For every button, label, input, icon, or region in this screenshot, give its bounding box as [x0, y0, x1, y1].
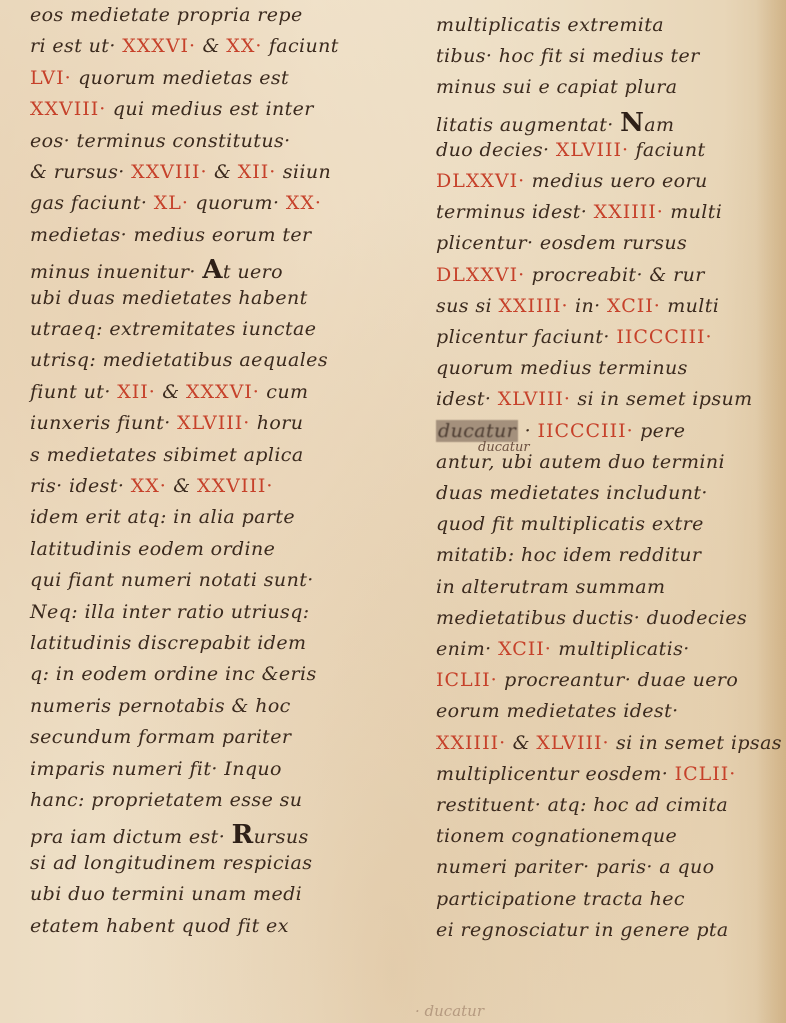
rubricated-numeral: XXVIII·: [131, 161, 207, 183]
rubricated-numeral: XX·: [131, 475, 167, 497]
rubricated-numeral: XLVIII·: [556, 139, 629, 161]
text-line: restituent· atq: hoc ad cimita: [436, 794, 728, 816]
text-line: XXVIII· qui medius est inter: [30, 98, 314, 120]
text-segment: minus sui e capiat plura: [436, 76, 677, 98]
text-segment: secundum formam pariter: [30, 726, 291, 748]
text-segment: latitudinis eodem ordine: [30, 538, 275, 560]
text-line: fiunt ut· XII· & XXXVI· cum: [30, 381, 308, 403]
rubricated-numeral: XCII·: [607, 295, 661, 317]
text-line: hanc: proprietatem esse su: [30, 789, 302, 811]
text-segment: si in semet ipsas: [610, 732, 782, 754]
text-segment: t uero: [223, 261, 283, 283]
text-line: tionem cognationemque: [436, 825, 677, 847]
text-line: sus si XXIIII· in· XCII· multi: [436, 295, 719, 317]
text-line: DLXXVI· procreabit· & rur: [436, 264, 705, 286]
text-line: enim· XCII· multiplicatis·: [436, 638, 690, 660]
rubricated-numeral: XX·: [226, 35, 262, 57]
text-segment: & rursus·: [30, 161, 131, 183]
text-segment: &: [196, 35, 226, 57]
text-line: numeri pariter· paris· a quo: [436, 856, 715, 878]
text-line: secundum formam pariter: [30, 726, 291, 748]
text-line: minus sui e capiat plura: [436, 76, 677, 98]
text-segment: procreabit· & rur: [525, 264, 705, 286]
text-segment: &: [156, 381, 186, 403]
rubricated-numeral: XLVIII·: [177, 412, 250, 434]
text-line: etatem habent quod fit ex: [30, 915, 289, 937]
text-segment: duas medietates includunt·: [436, 482, 708, 504]
text-segment: Neq: illa inter ratio utriusq:: [30, 601, 310, 623]
text-segment: gas faciunt·: [30, 192, 154, 214]
text-line: & rursus· XXVIII· & XII· siiun: [30, 161, 331, 183]
text-segment: ris· idest·: [30, 475, 131, 497]
text-line: plicentur faciunt· IICCCIII·: [436, 326, 713, 348]
text-segment: latitudinis discrepabit idem: [30, 632, 306, 654]
text-segment: ri est ut·: [30, 35, 122, 57]
initial-capital: N: [620, 108, 644, 138]
text-line: eos medietate propria repe: [30, 4, 303, 26]
text-line: tibus· hoc fit si medius ter: [436, 45, 700, 67]
text-line: quorum medius terminus: [436, 357, 688, 379]
text-line: qui fiant numeri notati sunt·: [30, 569, 314, 591]
text-segment: quorum medius terminus: [436, 357, 688, 379]
rubricated-numeral: XII·: [117, 381, 156, 403]
text-segment: etatem habent quod fit ex: [30, 915, 289, 937]
text-line: q: in eodem ordine inc &eris: [30, 663, 317, 685]
text-line: terminus idest· XXIIII· multi: [436, 201, 722, 223]
text-line: utrisq: medietatibus aequales: [30, 349, 328, 371]
text-segment: medius uero eoru: [525, 170, 707, 192]
text-segment: multiplicatis extremita: [436, 14, 664, 36]
text-line: iunxeris fiunt· XLVIII· horu: [30, 412, 303, 434]
rubricated-numeral: IICCCIII·: [537, 420, 633, 442]
text-line: idem erit atq: in alia parte: [30, 506, 295, 528]
text-line: medietas· medius eorum ter: [30, 224, 311, 246]
text-line: s medietates sibimet aplica: [30, 444, 304, 466]
text-segment: plicentur· eosdem rursus: [436, 232, 687, 254]
page-edge-shadow: [756, 0, 786, 1023]
text-segment: siiun: [276, 161, 331, 183]
text-line: eos· terminus constitutus·: [30, 130, 291, 152]
rubricated-numeral: XII·: [238, 161, 277, 183]
text-line: si ad longitudinem respicias: [30, 852, 312, 874]
rubricated-numeral: XXIIII·: [436, 732, 506, 754]
text-segment: iunxeris fiunt·: [30, 412, 177, 434]
text-segment: q: in eodem ordine inc &eris: [30, 663, 317, 685]
rubricated-numeral: XX·: [286, 192, 322, 214]
text-line: utraeq: extremitates iunctae: [30, 318, 316, 340]
text-segment: utrisq: medietatibus aequales: [30, 349, 328, 371]
text-line: minus inuenitur· At uero: [30, 255, 283, 285]
rubricated-numeral: IICCCIII·: [616, 326, 712, 348]
text-line: latitudinis eodem ordine: [30, 538, 275, 560]
text-line: duo decies· XLVIII· faciunt: [436, 139, 706, 161]
erased-word: ducatur: [436, 420, 518, 442]
text-segment: restituent· atq: hoc ad cimita: [436, 794, 728, 816]
text-segment: in·: [569, 295, 607, 317]
text-line: XXIIII· & XLVIII· si in semet ipsas: [436, 732, 782, 754]
text-line: mitatib: hoc idem redditur: [436, 544, 701, 566]
rubricated-numeral: XL·: [154, 192, 189, 214]
text-segment: medietatibus ductis· duodecies: [436, 607, 747, 629]
text-segment: multiplicatis·: [552, 638, 690, 660]
text-segment: litatis augmentat·: [436, 114, 620, 136]
interlinear-gloss: ducatur: [478, 440, 530, 455]
text-segment: &: [167, 475, 197, 497]
text-line: pra iam dictum est· Rursus: [30, 820, 309, 850]
text-line: ubi duas medietates habent: [30, 287, 308, 309]
text-segment: pere: [634, 420, 686, 442]
text-segment: numeris pernotabis & hoc: [30, 695, 291, 717]
text-segment: &: [506, 732, 536, 754]
text-segment: cum: [260, 381, 309, 403]
rubricated-numeral: XXXVI·: [186, 381, 260, 403]
text-segment: qui medius est inter: [106, 98, 313, 120]
text-segment: quod fit multiplicatis extre: [436, 513, 704, 535]
text-segment: quorum·: [189, 192, 286, 214]
text-line: in alterutram summam: [436, 576, 665, 598]
text-line: quod fit multiplicatis extre: [436, 513, 704, 535]
text-line: ris· idest· XX· & XXVIII·: [30, 475, 273, 497]
text-segment: si in semet ipsum: [571, 388, 753, 410]
text-segment: plicentur faciunt·: [436, 326, 616, 348]
text-line: Neq: illa inter ratio utriusq:: [30, 601, 310, 623]
rubricated-numeral: ICLII·: [436, 669, 498, 691]
text-line: idest· XLVIII· si in semet ipsum: [436, 388, 753, 410]
rubricated-numeral: XLVIII·: [536, 732, 609, 754]
text-segment: &: [208, 161, 238, 183]
text-segment: ursus: [254, 826, 309, 848]
rubricated-numeral: DLXXVI·: [436, 264, 525, 286]
text-line: gas faciunt· XL· quorum· XX·: [30, 192, 322, 214]
rubricated-numeral: DLXXVI·: [436, 170, 525, 192]
text-segment: fiunt ut·: [30, 381, 117, 403]
text-segment: sus si: [436, 295, 498, 317]
text-segment: multi: [661, 295, 719, 317]
text-segment: participatione tracta hec: [436, 888, 685, 910]
text-line: ducatur · IICCCIII· pere: [436, 420, 685, 442]
text-segment: am: [644, 114, 674, 136]
text-segment: idem erit atq: in alia parte: [30, 506, 295, 528]
text-segment: pra iam dictum est·: [30, 826, 232, 848]
text-segment: s medietates sibimet aplica: [30, 444, 304, 466]
text-line: litatis augmentat· Nam: [436, 108, 674, 138]
text-segment: duo decies·: [436, 139, 556, 161]
rubricated-numeral: XXVIII·: [30, 98, 106, 120]
text-segment: in alterutram summam: [436, 576, 665, 598]
text-segment: imparis numeri fit· Inquo: [30, 758, 282, 780]
initial-capital: R: [232, 820, 254, 850]
initial-capital: A: [202, 255, 223, 285]
text-line: medietatibus ductis· duodecies: [436, 607, 747, 629]
text-segment: numeri pariter· paris· a quo: [436, 856, 715, 878]
text-segment: ubi duo termini unam medi: [30, 883, 302, 905]
text-segment: ei regnosciatur in genere pta: [436, 919, 729, 941]
text-line: LVI· quorum medietas est: [30, 67, 289, 89]
text-line: ICLII· procreantur· duae uero: [436, 669, 738, 691]
text-segment: minus inuenitur·: [30, 261, 202, 283]
text-segment: enim·: [436, 638, 498, 660]
text-segment: eorum medietates idest·: [436, 700, 679, 722]
text-segment: ·: [518, 420, 537, 442]
text-line: DLXXVI· medius uero eoru: [436, 170, 708, 192]
text-segment: qui fiant numeri notati sunt·: [30, 569, 314, 591]
text-line: duas medietates includunt·: [436, 482, 708, 504]
text-line: eorum medietates idest·: [436, 700, 679, 722]
text-segment: tibus· hoc fit si medius ter: [436, 45, 700, 67]
text-segment: faciunt: [629, 139, 705, 161]
text-line: ri est ut· XXXVI· & XX· faciunt: [30, 35, 339, 57]
text-segment: faciunt: [262, 35, 338, 57]
rubricated-numeral: XCII·: [498, 638, 552, 660]
text-line: plicentur· eosdem rursus: [436, 232, 687, 254]
rubricated-numeral: XXXVI·: [122, 35, 196, 57]
text-segment: horu: [250, 412, 303, 434]
rubricated-numeral: XXIIII·: [498, 295, 568, 317]
text-line: latitudinis discrepabit idem: [30, 632, 306, 654]
rubricated-numeral: XXVIII·: [197, 475, 273, 497]
text-segment: medietas· medius eorum ter: [30, 224, 311, 246]
rubricated-numeral: XXIIII·: [594, 201, 664, 223]
text-segment: quorum medietas est: [72, 67, 289, 89]
text-segment: eos· terminus constitutus·: [30, 130, 291, 152]
text-segment: utraeq: extremitates iunctae: [30, 318, 316, 340]
text-segment: eos medietate propria repe: [30, 4, 303, 26]
text-line: multiplicentur eosdem· ICLII·: [436, 763, 736, 785]
text-segment: tionem cognationemque: [436, 825, 677, 847]
text-line: numeris pernotabis & hoc: [30, 695, 291, 717]
text-segment: terminus idest·: [436, 201, 594, 223]
text-segment: multiplicentur eosdem·: [436, 763, 675, 785]
text-segment: mitatib: hoc idem redditur: [436, 544, 701, 566]
text-segment: idest·: [436, 388, 498, 410]
text-line: participatione tracta hec: [436, 888, 685, 910]
text-line: ei regnosciatur in genere pta: [436, 919, 729, 941]
text-segment: ubi duas medietates habent: [30, 287, 308, 309]
text-segment: si ad longitudinem respicias: [30, 852, 312, 874]
text-line: multiplicatis extremita: [436, 14, 664, 36]
rubricated-numeral: ICLII·: [675, 763, 737, 785]
rubricated-numeral: LVI·: [30, 67, 72, 89]
text-segment: procreantur· duae uero: [498, 669, 739, 691]
text-line: imparis numeri fit· Inquo: [30, 758, 282, 780]
text-line: ubi duo termini unam medi: [30, 883, 302, 905]
text-segment: hanc: proprietatem esse su: [30, 789, 302, 811]
rubricated-numeral: XLVIII·: [498, 388, 571, 410]
bottom-margin-note: · ducatur: [415, 1002, 484, 1020]
text-segment: multi: [664, 201, 722, 223]
